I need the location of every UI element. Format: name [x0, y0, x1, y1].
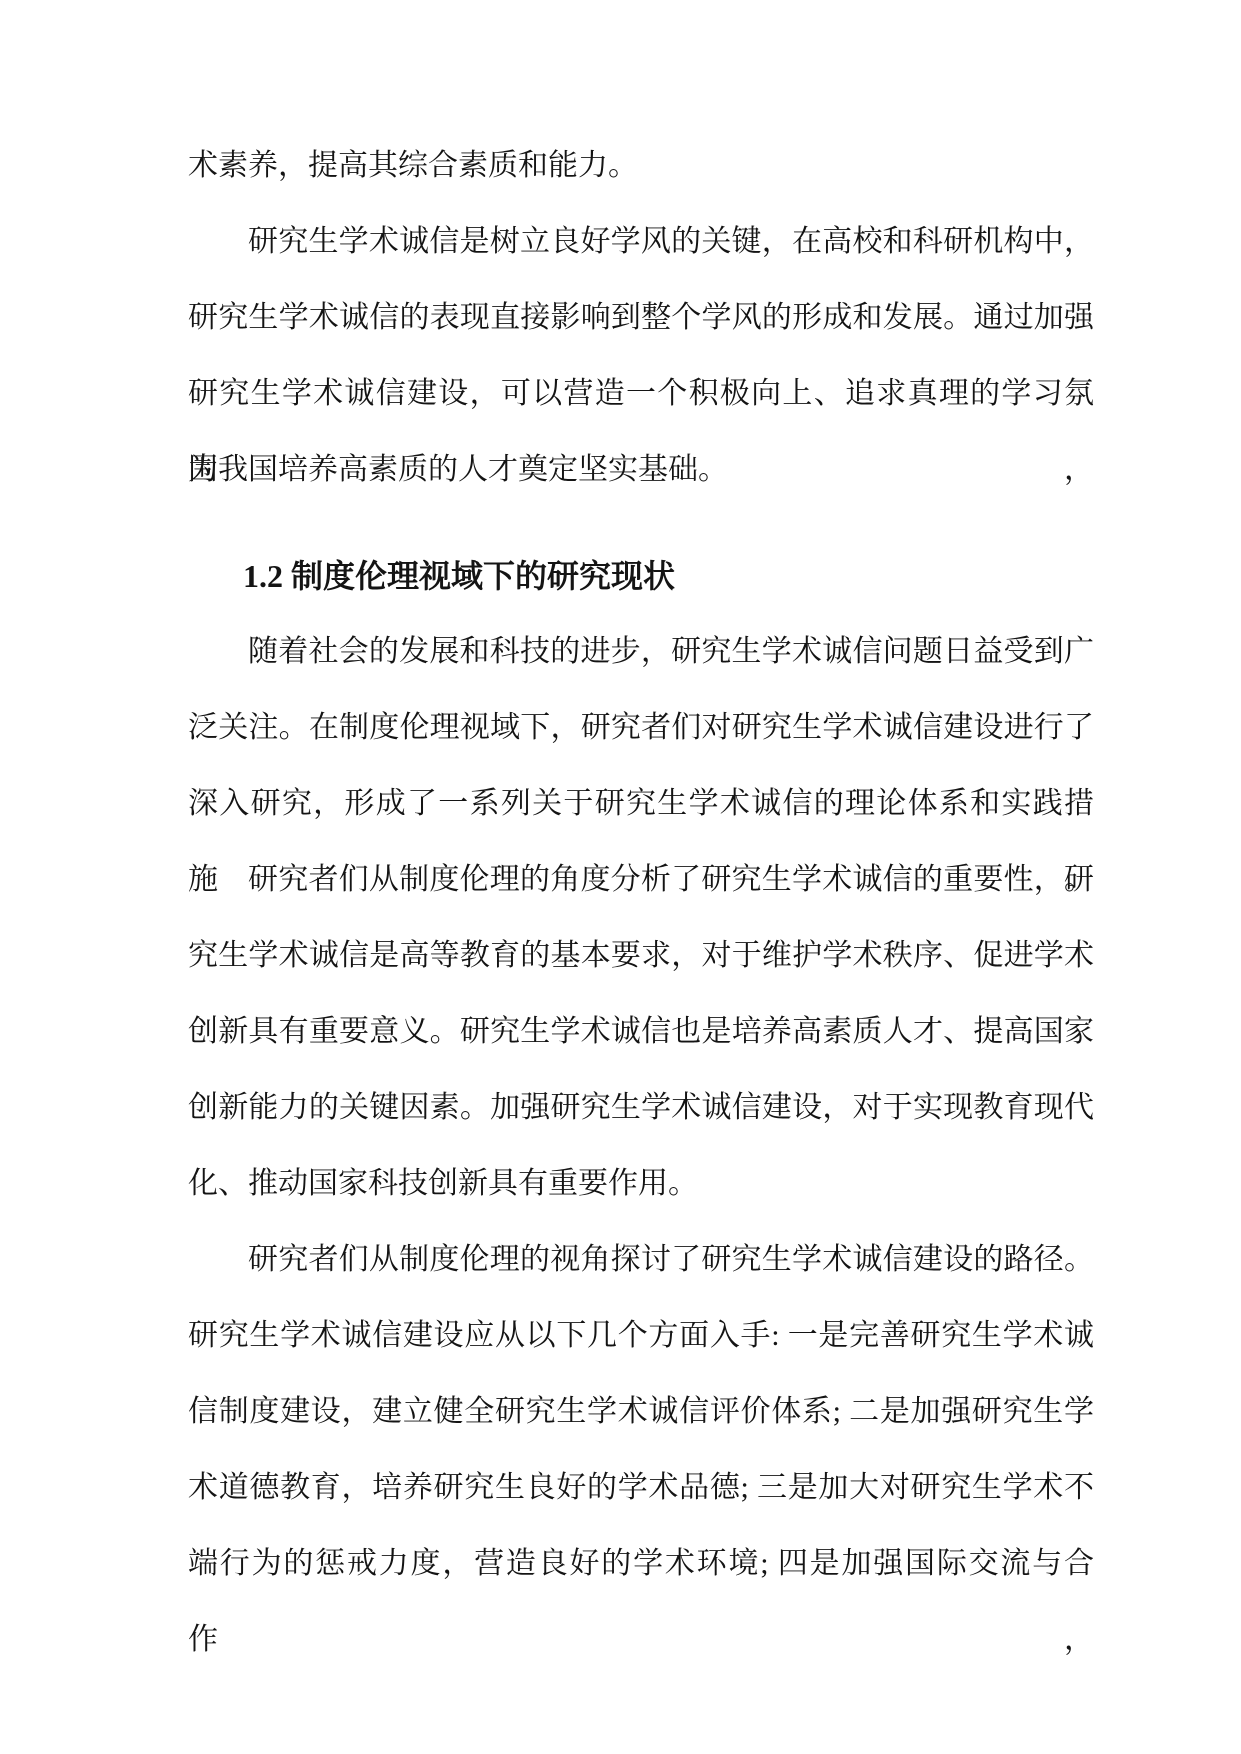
text-line: 深入研究，形成了一系列关于研究生学术诚信的理论体系和实践措施。	[188, 766, 1094, 842]
text-line: 泛关注。在制度伦理视域下，研究者们对研究生学术诚信建设进行了	[188, 690, 1094, 766]
text-line: 研究生学术诚信建设应从以下几个方面入手: 一是完善研究生学术诚	[188, 1298, 1094, 1374]
document-page: 术素养，提高其综合素质和能力。研究生学术诚信是树立良好学风的关键，在高校和科研机…	[0, 0, 1241, 1754]
text-line: 术素养，提高其综合素质和能力。	[188, 128, 1094, 204]
text-line: 化、推动国家科技创新具有重要作用。	[188, 1146, 1094, 1222]
text-line: 创新具有重要意义。研究生学术诚信也是培养高素质人才、提高国家	[188, 994, 1094, 1070]
text-line: 术道德教育，培养研究生良好的学术品德; 三是加大对研究生学术不	[188, 1450, 1094, 1526]
text-line: 研究生学术诚信的表现直接影响到整个学风的形成和发展。通过加强	[188, 280, 1094, 356]
text-line: 端行为的惩戒力度，营造良好的学术环境; 四是加强国际交流与合作，	[188, 1526, 1094, 1602]
text-column: 术素养，提高其综合素质和能力。研究生学术诚信是树立良好学风的关键，在高校和科研机…	[188, 128, 1094, 1602]
text-line: 研究生学术诚信是树立良好学风的关键，在高校和科研机构中，	[188, 204, 1094, 280]
section-heading: 1.2 制度伦理视域下的研究现状	[188, 538, 1094, 614]
text-line: 创新能力的关键因素。加强研究生学术诚信建设，对于实现教育现代	[188, 1070, 1094, 1146]
text-line: 研究者们从制度伦理的角度分析了研究生学术诚信的重要性，研	[188, 842, 1094, 918]
text-line: 随着社会的发展和科技的进步，研究生学术诚信问题日益受到广	[188, 614, 1094, 690]
text-line: 研究生学术诚信建设，可以营造一个积极向上、追求真理的学习氛围，	[188, 356, 1094, 432]
text-line: 信制度建设，建立健全研究生学术诚信评价体系; 二是加强研究生学	[188, 1374, 1094, 1450]
text-line: 究生学术诚信是高等教育的基本要求，对于维护学术秩序、促进学术	[188, 918, 1094, 994]
text-line: 研究者们从制度伦理的视角探讨了研究生学术诚信建设的路径。	[188, 1222, 1094, 1298]
